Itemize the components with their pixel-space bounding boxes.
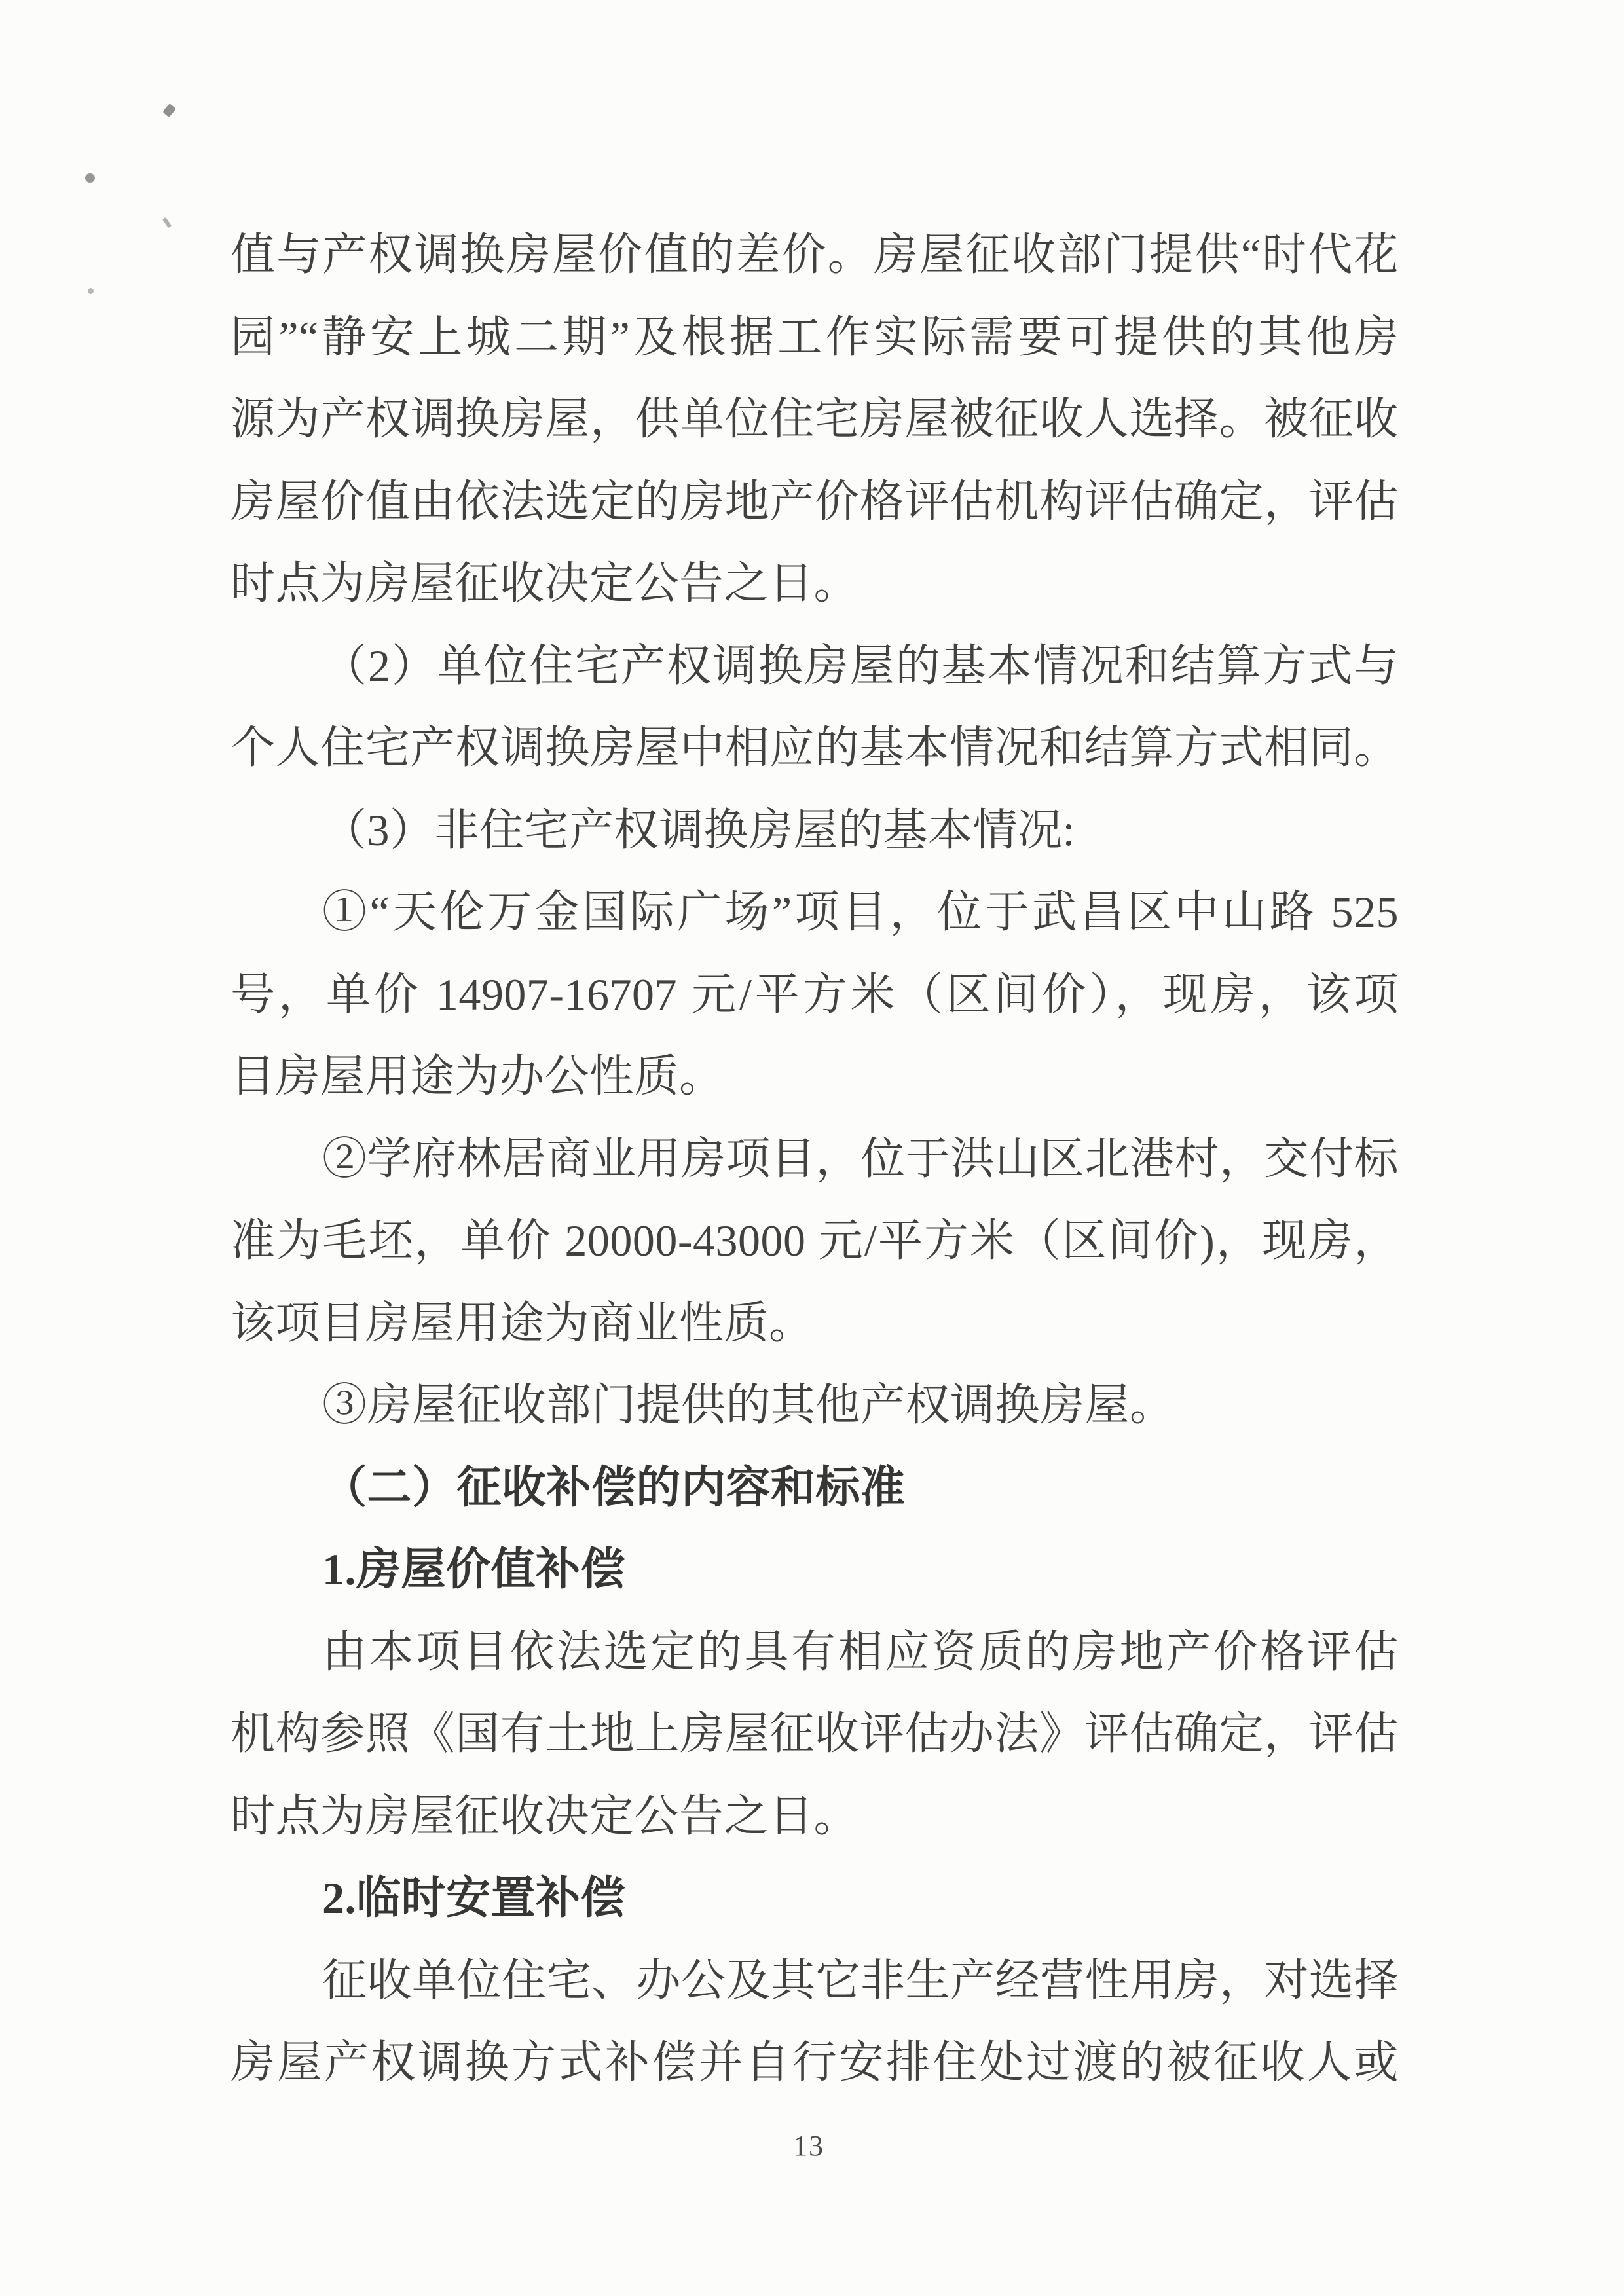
text-line: 征收单位住宅、办公及其它非生产经营性用房，对选择 (231, 1940, 1399, 2022)
scan-speck (85, 173, 95, 183)
text-line: 该项目房屋用途为商业性质。 (231, 1283, 1399, 1365)
text-line: ②学府林居商业用房项目，位于洪山区北港村，交付标 (231, 1118, 1399, 1201)
text-line: 园”“静安上城二期”及根据工作实际需要可提供的其他房 (231, 297, 1399, 379)
scan-speck (88, 288, 94, 294)
text-line: 房屋产权调换方式补偿并自行安排住处过渡的被征收人或 (231, 2022, 1399, 2104)
text-line: （3）非住宅产权调换房屋的基本情况: (231, 790, 1399, 872)
sub-heading: 1.房屋价值补偿 (231, 1529, 1399, 1611)
text-line: 个人住宅产权调换房屋中相应的基本情况和结算方式相同。 (231, 707, 1399, 790)
text-line: 时点为房屋征收决定公告之日。 (231, 543, 1399, 625)
text-line: 机构参照《国有土地上房屋征收评估办法》评估确定，评估 (231, 1693, 1399, 1776)
document-page: 值与产权调换房屋价值的差价。房屋征收部门提供“时代花 园”“静安上城二期”及根据… (0, 0, 1624, 2296)
text-line: ③房屋征收部门提供的其他产权调换房屋。 (231, 1364, 1399, 1447)
text-line: 由本项目依法选定的具有相应资质的房地产价格评估 (231, 1611, 1399, 1694)
text-line: 值与产权调换房屋价值的差价。房屋征收部门提供“时代花 (231, 214, 1399, 297)
text-block: 值与产权调换房屋价值的差价。房屋征收部门提供“时代花 园”“静安上城二期”及根据… (231, 214, 1399, 2104)
text-line: 房屋价值由依法选定的房地产价格评估机构评估确定，评估 (231, 461, 1399, 543)
scan-speck (162, 217, 172, 228)
text-line: 目房屋用途为办公性质。 (231, 1036, 1399, 1118)
page-number: 13 (776, 2129, 841, 2162)
text-line: 源为产权调换房屋，供单位住宅房屋被征收人选择。被征收 (231, 378, 1399, 461)
sub-heading: 2.临时安置补偿 (231, 1857, 1399, 1940)
scan-speck (162, 103, 176, 117)
text-line: （2）单位住宅产权调换房屋的基本情况和结算方式与 (231, 625, 1399, 708)
text-line: 时点为房屋征收决定公告之日。 (231, 1776, 1399, 1858)
text-line: ①“天伦万金国际广场”项目，位于武昌区中山路 525 (231, 871, 1399, 954)
section-heading: （二）征收补偿的内容和标准 (231, 1447, 1399, 1529)
text-line: 准为毛坯，单价 20000-43000 元/平方米（区间价)，现房， (231, 1200, 1399, 1283)
text-line: 号，单价 14907-16707 元/平方米（区间价），现房，该项 (231, 954, 1399, 1036)
